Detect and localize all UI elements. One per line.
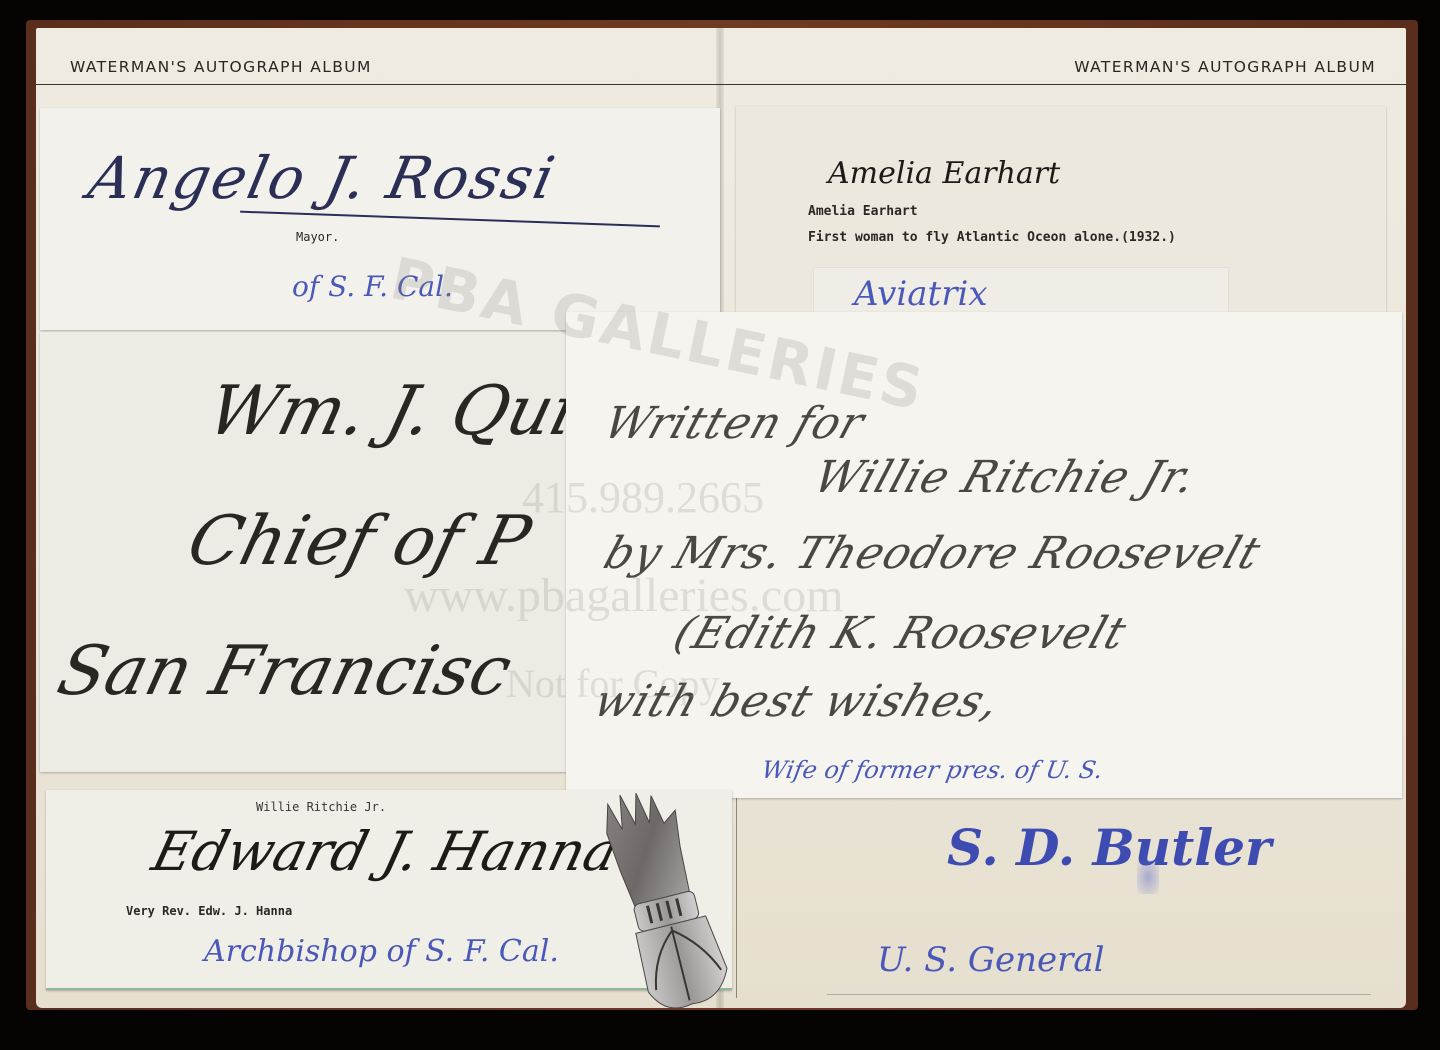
ink-blot — [1137, 860, 1159, 894]
header-rule — [36, 84, 720, 85]
header-rule — [720, 84, 1406, 85]
chief-signature-line-3: San Francisc — [50, 632, 519, 711]
amelia-signature: Amelia Earhart — [828, 156, 1060, 191]
chief-signature-line-2: Chief of P — [180, 502, 538, 581]
hanna-typed-caption: Willie Ritchie Jr. — [256, 800, 386, 814]
rossi-card: Angelo J. Rossi Mayor. of S. F. Cal. — [40, 108, 720, 330]
hanna-signature: Edward J. Hanna — [146, 820, 624, 883]
hanna-note: Archbishop of S. F. Cal. — [204, 934, 559, 969]
rossi-signature: Angelo J. Rossi — [83, 144, 562, 212]
rossi-note: of S. F. Cal. — [292, 270, 453, 303]
roosevelt-line-4: (Edith K. Roosevelt — [668, 608, 1133, 659]
roosevelt-line-3: by Mrs. Theodore Roosevelt — [598, 528, 1268, 579]
signature-underline — [240, 211, 660, 228]
butler-card: S. D. Butler U. S. General — [736, 798, 1391, 998]
card-rule — [827, 994, 1371, 995]
rossi-typed-title: Mayor. — [296, 230, 339, 244]
chief-signature-line-1: Wm. J. Qui — [200, 372, 584, 451]
amelia-earhart-card: Amelia Earhart Amelia Earhart First woma… — [736, 106, 1386, 320]
roosevelt-line-5: with best wishes, — [588, 676, 1007, 727]
roosevelt-line-2: Willie Ritchie Jr. — [808, 452, 1203, 503]
butler-signature: S. D. Butler — [947, 818, 1271, 877]
amelia-typed-description: First woman to fly Atlantic Oceon alone.… — [808, 230, 1176, 245]
roosevelt-note: Wife of former pres. of U. S. — [760, 756, 1105, 784]
aviatrix-note: Aviatrix — [854, 274, 988, 314]
roosevelt-line-1: Written for — [598, 398, 871, 449]
page-header-right: WATERMAN'S AUTOGRAPH ALBUM — [1074, 58, 1376, 76]
amelia-typed-name: Amelia Earhart — [808, 204, 918, 219]
butler-note: U. S. General — [877, 940, 1105, 980]
page-header-left: WATERMAN'S AUTOGRAPH ALBUM — [70, 58, 372, 76]
hanna-typed-title: Very Rev. Edw. J. Hanna — [126, 904, 292, 918]
chief-of-police-card: Wm. J. Qui Chief of P San Francisc — [40, 332, 580, 772]
roosevelt-card: Written for Willie Ritchie Jr. by Mrs. T… — [566, 312, 1402, 798]
